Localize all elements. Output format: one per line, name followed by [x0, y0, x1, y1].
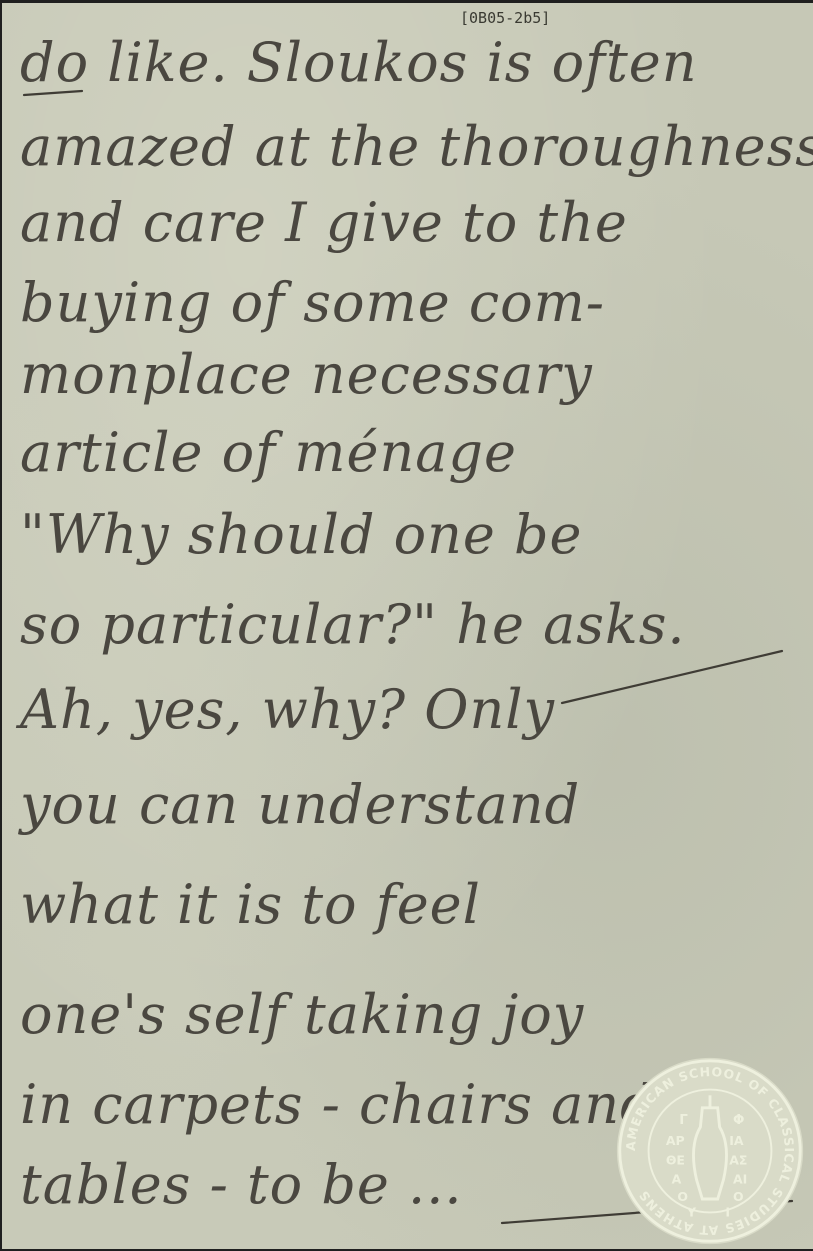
handwritten-line-2: amazed at the thoroughness — [20, 115, 813, 178]
letter-page: [0B05-2b5] do like. Sloukos is often ama… — [2, 3, 813, 1249]
institution-seal: AMERICAN SCHOOL OF CLASSICAL STUDIES AT … — [614, 1055, 806, 1247]
handwritten-line-14: tables - to be ... — [20, 1153, 463, 1216]
svg-text:Ο: Ο — [733, 1189, 744, 1204]
svg-text:ΑΡ: ΑΡ — [666, 1133, 685, 1148]
svg-text:Ο: Ο — [677, 1189, 688, 1204]
handwritten-line-1: do like. Sloukos is often — [20, 31, 698, 94]
handwritten-line-7: "Why should one be — [20, 503, 583, 566]
svg-text:ΑΙ: ΑΙ — [733, 1172, 747, 1187]
handwritten-line-6: article of ménage — [20, 421, 517, 484]
svg-text:Φ: Φ — [733, 1113, 744, 1128]
handwritten-line-12: one's self taking joy — [20, 983, 584, 1046]
svg-text:ΘΕ: ΘΕ — [666, 1152, 685, 1167]
svg-text:Ι: Ι — [725, 1204, 730, 1219]
svg-text:Υ: Υ — [686, 1204, 697, 1219]
handwritten-line-11: what it is to feel — [20, 873, 481, 936]
handwritten-line-4: buying of some com- — [20, 271, 605, 334]
svg-text:Α: Α — [672, 1172, 682, 1187]
handwritten-line-3: and care I give to the — [20, 191, 628, 254]
svg-text:ΑΣ: ΑΣ — [729, 1152, 747, 1167]
seal-emblem-icon: AMERICAN SCHOOL OF CLASSICAL STUDIES AT … — [614, 1055, 806, 1247]
handwritten-line-5: monplace necessary — [20, 343, 593, 406]
handwritten-line-8: so particular?" he asks. — [20, 593, 686, 656]
svg-text:Γ: Γ — [679, 1113, 688, 1128]
handwritten-line-13: in carpets - chairs and — [20, 1073, 656, 1136]
archive-reference: [0B05-2b5] — [460, 9, 550, 27]
handwritten-line-9: Ah, yes, why? Only — [20, 678, 555, 741]
handwritten-line-10: you can understand — [20, 773, 580, 836]
svg-text:ΙΑ: ΙΑ — [729, 1133, 744, 1148]
